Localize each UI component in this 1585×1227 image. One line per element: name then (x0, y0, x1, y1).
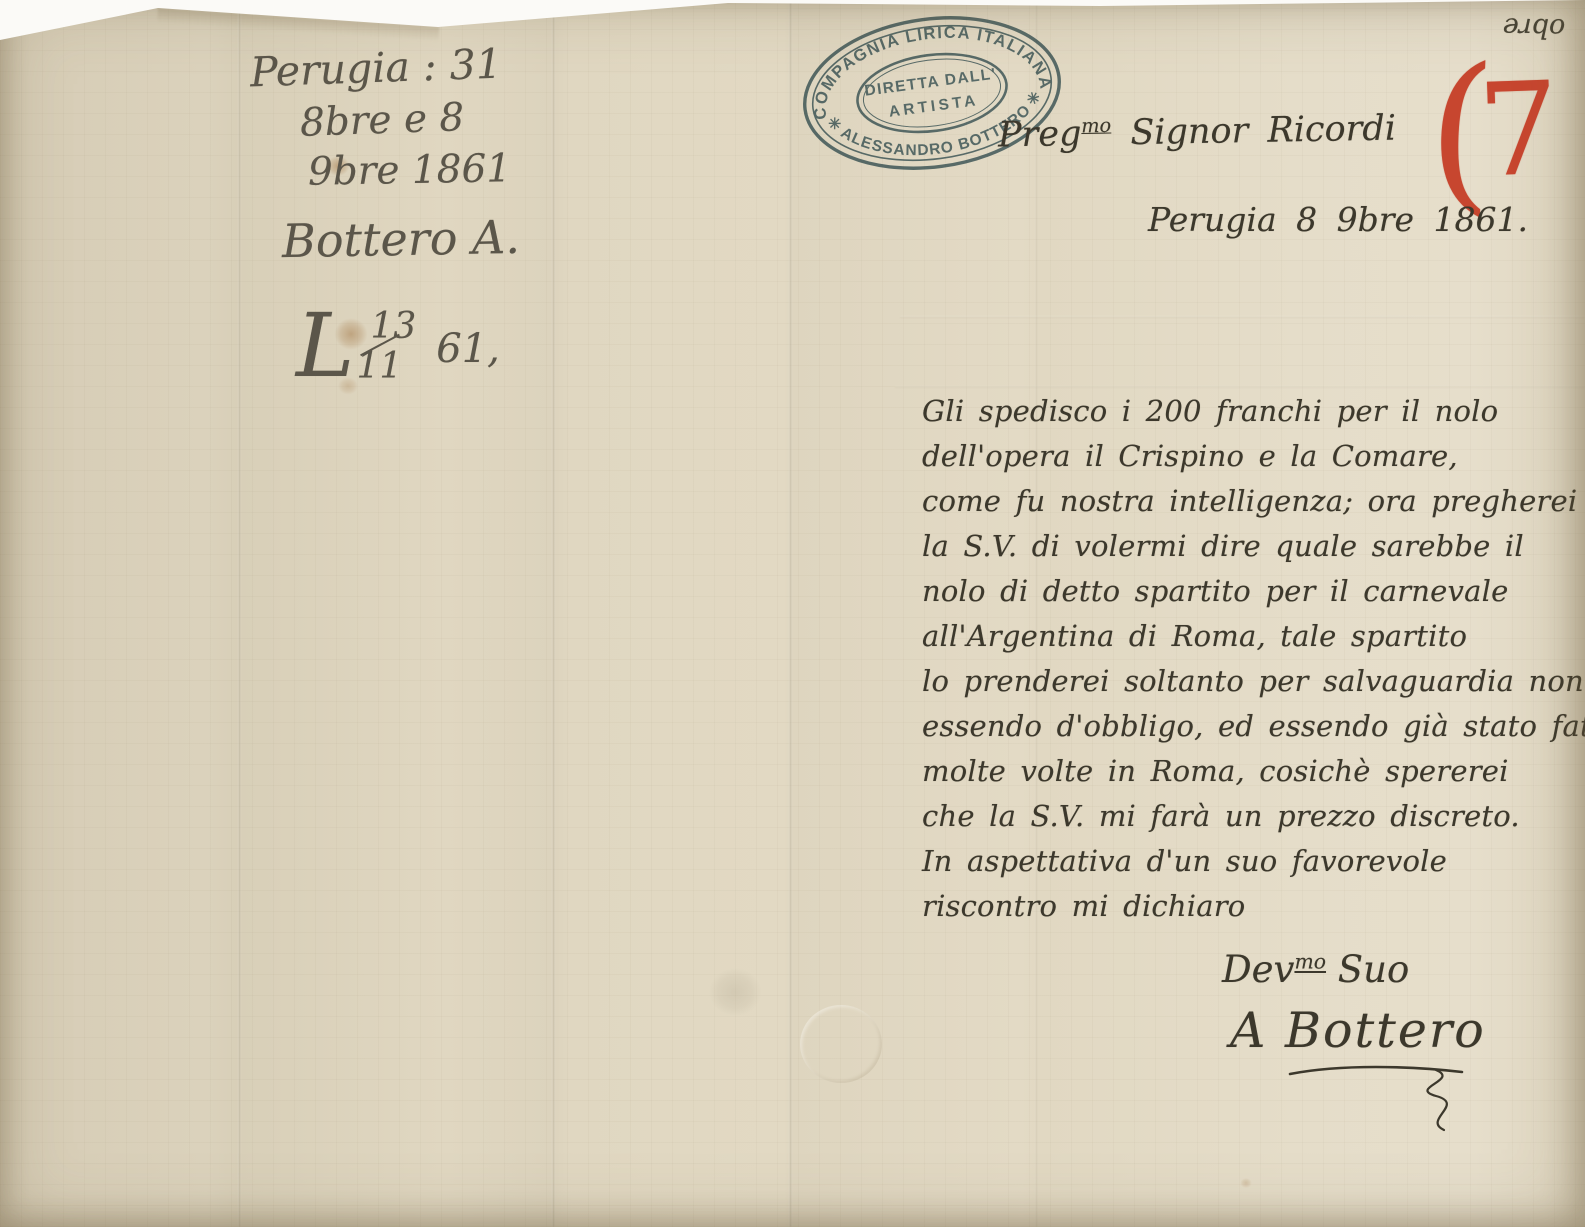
ledger-currency-symbol: L (296, 308, 354, 384)
paper-sheet: Perugia : 31 8bre e 8 9bre 1861 Bottero … (0, 0, 1585, 1227)
ink-stain (1238, 1176, 1254, 1190)
body-line: nolo di detto spartito per il carnevale (922, 574, 1585, 619)
signature-flourish (1286, 1064, 1486, 1148)
archive-note-month2-year: 9bre 1861 (308, 146, 512, 195)
closing-superscript: mo (1294, 950, 1326, 974)
fold-crease (900, 316, 1585, 318)
closing-rest: Suo (1326, 948, 1409, 991)
archive-note-month1: 8bre e 8 (299, 95, 465, 146)
body-line: In aspettativa d'un suo favorevole (922, 844, 1585, 889)
body-line: che la S.V. mi farà un prezzo discreto. (922, 799, 1585, 844)
body-line: molte volte in Roma, cosichè spererei (922, 754, 1585, 799)
salutation-pre: Preg (998, 114, 1082, 155)
archive-note-sender: Bottero A. (282, 210, 521, 268)
body-line: Gli spedisco i 200 franchi per il nolo (922, 394, 1585, 439)
closing-pre: Dev (1222, 948, 1294, 991)
archive-note-place-day: Perugia : 31 (249, 40, 502, 97)
body-line: riscontro mi dichiaro (922, 889, 1585, 934)
body-line: lo prenderei soltanto per salvaguardia n… (922, 664, 1585, 709)
salutation: Pregmo Signor Ricordi (998, 109, 1397, 156)
letter-scan: Perugia : 31 8bre e 8 9bre 1861 Bottero … (0, 0, 1585, 1227)
ledger-denominator: 11 (356, 352, 416, 382)
ledger-fraction: 13 11 (356, 312, 416, 382)
fold-crease (789, 0, 792, 1227)
body-line: essendo d'obbligo, ed essendo già stato … (922, 709, 1585, 754)
ledger-notation: L 13 11 61, (296, 308, 500, 384)
salutation-superscript: mo (1081, 114, 1111, 138)
signature: A Bottero (1230, 1002, 1486, 1059)
red-folio-number: 7 (1475, 55, 1562, 207)
stamp-center-line2: ARTISTA (888, 92, 980, 121)
body-line: la S.V. di volermi dire quale sarebbe il (922, 529, 1585, 574)
dateline: Perugia 8 9bre 1861. (1148, 200, 1528, 239)
blind-emboss-seal (800, 1005, 882, 1083)
ledger-year: 61, (436, 326, 500, 372)
letter-body: Gli spedisco i 200 franchi per il nolo d… (922, 394, 1585, 934)
inverted-scribble: obre (1488, 11, 1581, 44)
paper-blemish (700, 960, 770, 1024)
body-line: dell'opera il Crispino e la Comare, (922, 439, 1585, 484)
body-line: come fu nostra intelligenza; ora pregher… (922, 484, 1585, 529)
body-line: all'Argentina di Roma, tale spartito (922, 619, 1585, 664)
fold-crease (238, 0, 241, 1227)
fold-crease (895, 386, 1585, 388)
closing-formula: Devmo Suo (1222, 948, 1409, 991)
top-fold-shadow (157, 8, 439, 42)
salutation-rest: Signor Ricordi (1111, 109, 1396, 154)
fold-crease (552, 0, 555, 1227)
